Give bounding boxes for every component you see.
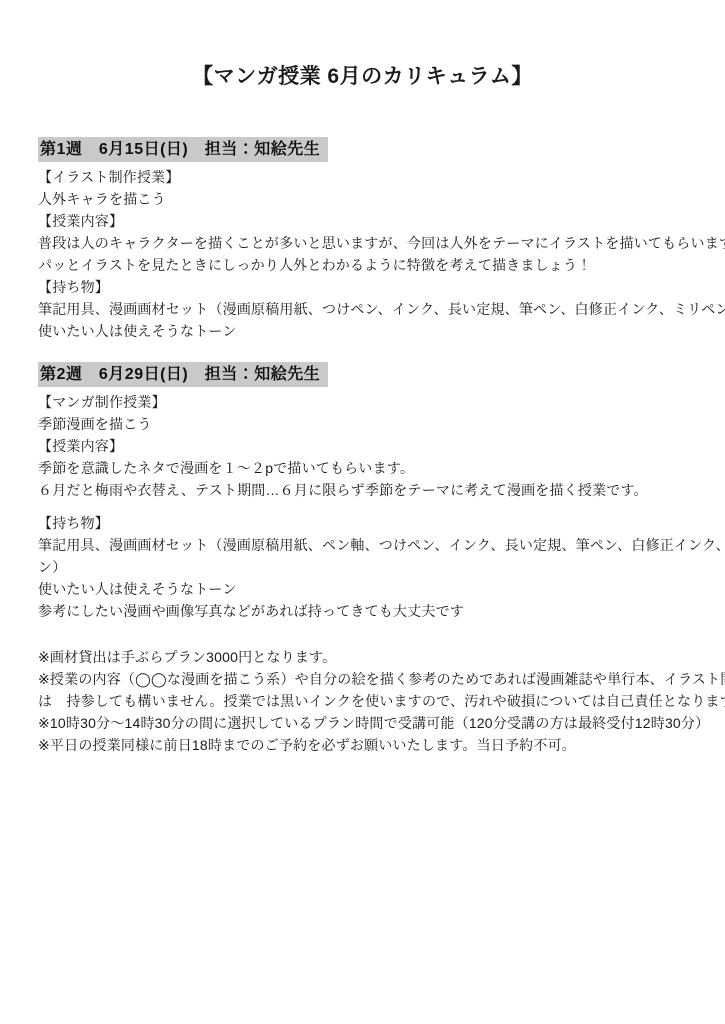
lesson-content-text: 季節を意識したネタで漫画を１～２pで描いてもらいます。 xyxy=(38,457,687,479)
note-rental-plan: ※画材貸出は手ぶらプラン3000円となります。 xyxy=(38,646,687,668)
section-week2-body: 【マンガ制作授業】 季節漫画を描こう 【授業内容】 季節を意識したネタで漫画を１… xyxy=(38,391,687,622)
section-week2-header: 第2週 6月29日(日) 担当：知絵先生 xyxy=(38,362,328,387)
lesson-content-heading: 【授業内容】 xyxy=(38,435,687,457)
lesson-content-text: パッとイラストを見たときにしっかり人外とわかるように特徴を考えて描きましょう！ xyxy=(38,254,687,276)
document-page: 【マンガ授業 6月のカリキュラム】 第1週 6月15日(日) 担当：知絵先生 【… xyxy=(0,0,725,1024)
lesson-content-text: 普段は人のキャラクターを描くことが多いと思いますが、今回は人外をテーマにイラスト… xyxy=(38,232,687,254)
document-title: 【マンガ授業 6月のカリキュラム】 xyxy=(38,0,687,90)
section-week1-header: 第1週 6月15日(日) 担当：知絵先生 xyxy=(38,137,328,162)
belongings-text-wrap: ン） xyxy=(38,556,687,578)
belongings-text: 筆記用具、漫画画材セット（漫画原稿用紙、つけペン、インク、長い定規、筆ペン、白修… xyxy=(38,298,687,320)
lesson-theme: 人外キャラを描こう xyxy=(38,188,687,210)
belongings-heading: 【持ち物】 xyxy=(38,512,687,534)
section-week1: 第1週 6月15日(日) 担当：知絵先生 【イラスト制作授業】 人外キャラを描こ… xyxy=(38,137,687,342)
lesson-content-text: ６月だと梅雨や衣替え、テスト期間…６月に限らず季節をテーマに考えて漫画を描く授業… xyxy=(38,479,687,501)
lesson-type-heading: 【イラスト制作授業】 xyxy=(38,166,687,188)
section-week1-body: 【イラスト制作授業】 人外キャラを描こう 【授業内容】 普段は人のキャラクターを… xyxy=(38,166,687,342)
notes-block: ※画材貸出は手ぶらプラン3000円となります。 ※授業の内容（◯◯な漫画を描こう… xyxy=(38,646,687,756)
note-reservation: ※平日の授業同様に前日18時までのご予約を必ずお願いいたします。当日予約不可。 xyxy=(38,734,687,756)
lesson-type-heading: 【マンガ制作授業】 xyxy=(38,391,687,413)
section-week2: 第2週 6月29日(日) 担当：知絵先生 【マンガ制作授業】 季節漫画を描こう … xyxy=(38,362,687,622)
belongings-text: 使いたい人は使えそうなトーン xyxy=(38,578,687,600)
belongings-text: 参考にしたい漫画や画像写真などがあれば持ってきても大丈夫です xyxy=(38,600,687,622)
lesson-theme: 季節漫画を描こう xyxy=(38,413,687,435)
note-reference-materials-wrap: は 持参しても構いません。授業では黒いインクを使いますので、汚れや破損については… xyxy=(38,690,687,712)
belongings-text: 筆記用具、漫画画材セット（漫画原稿用紙、ペン軸、つけペン、インク、長い定規、筆ペ… xyxy=(38,534,687,556)
belongings-text: 使いたい人は使えそうなトーン xyxy=(38,320,687,342)
note-reference-materials: ※授業の内容（◯◯な漫画を描こう系）や自分の絵を描く参考のためであれば漫画雑誌や… xyxy=(38,668,687,690)
note-time-slots: ※10時30分～14時30分の間に選択しているプラン時間で受講可能（120分受講… xyxy=(38,712,687,734)
lesson-content-heading: 【授業内容】 xyxy=(38,210,687,232)
belongings-heading: 【持ち物】 xyxy=(38,276,687,298)
